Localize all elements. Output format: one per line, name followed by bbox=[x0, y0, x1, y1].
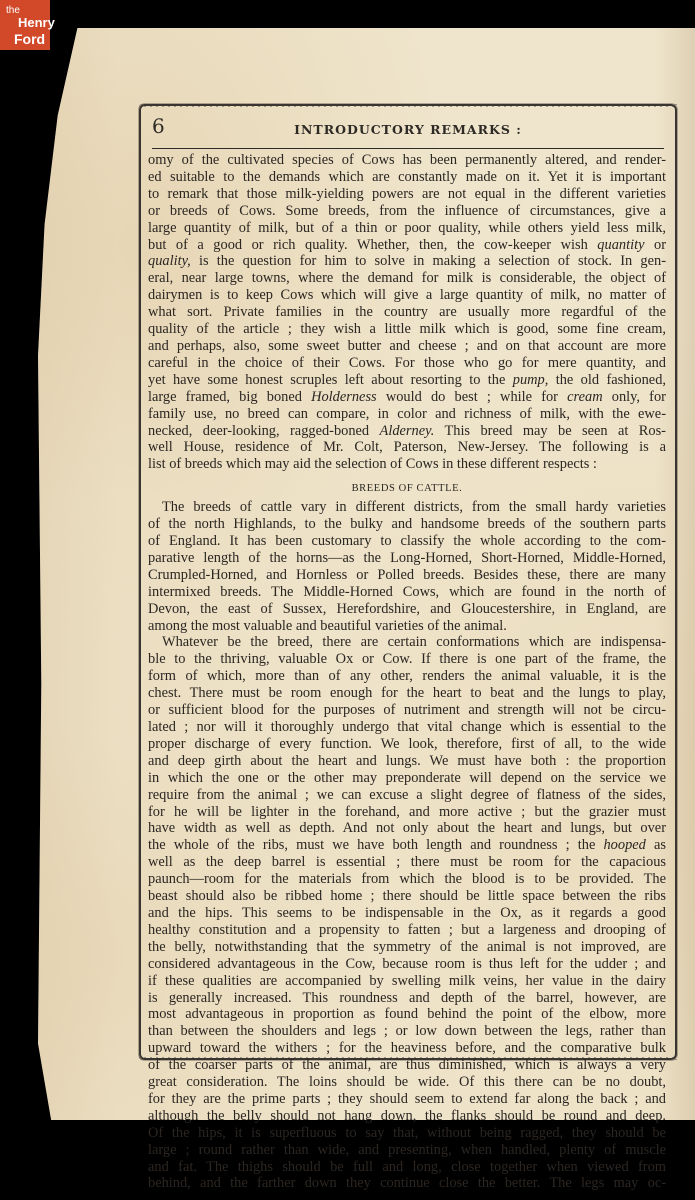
text-run: as bbox=[654, 837, 666, 853]
text-line: omy of the cultivated species of Cows ha… bbox=[148, 152, 666, 169]
text-line: proper discharge of every function. We l… bbox=[148, 736, 666, 753]
henry-ford-logo: the Henry Ford bbox=[0, 0, 50, 50]
text-line: in which the one or the other may prepon… bbox=[148, 770, 666, 787]
text-line: intermixed breeds. The Middle-Horned Cow… bbox=[148, 584, 666, 601]
text-line: although the belly should not hang down,… bbox=[148, 1108, 666, 1125]
text-run: only, for bbox=[612, 389, 666, 405]
page-header: 6 INTRODUCTORY REMARKS : bbox=[152, 114, 664, 149]
text-line: well House, residence of Mr. Colt, Pater… bbox=[148, 439, 666, 456]
text-line: ed suitable to the demands which are con… bbox=[148, 169, 666, 186]
text-run: This breed may be seen at Ros- bbox=[444, 423, 666, 439]
text-line: of the north Highlands, to the bulky and… bbox=[148, 516, 666, 533]
text-line: form of which, more than of any other, r… bbox=[148, 668, 666, 685]
text-line: list of breeds which may aid the selecti… bbox=[148, 456, 666, 473]
italic-term: Holderness bbox=[311, 389, 377, 405]
text-line: and deep girth about the heart and lungs… bbox=[148, 753, 666, 770]
text-run: the old fashioned, bbox=[556, 372, 666, 388]
text-line: family use, no breed can compare, in col… bbox=[148, 406, 666, 423]
text-line: healthy constitution and a propensity to… bbox=[148, 922, 666, 939]
italic-term: quality, bbox=[148, 253, 191, 269]
text-line: among the most valuable and beautiful va… bbox=[148, 618, 666, 635]
text-line: for he will be lighter in the forehand, … bbox=[148, 804, 666, 821]
text-line: Of the hips, it is superfluous to say th… bbox=[148, 1125, 666, 1142]
text-line: require from the animal ; we can excuse … bbox=[148, 787, 666, 804]
text-line: paunch—room for the materials from which… bbox=[148, 871, 666, 888]
section-heading: BREEDS OF CATTLE. bbox=[148, 482, 666, 496]
text-line: chest. There must be room enough for the… bbox=[148, 685, 666, 702]
text-line: behind, and the farther down they contin… bbox=[148, 1175, 666, 1192]
text-line: if these qualities are accompanied by sw… bbox=[148, 973, 666, 990]
text-line: have width as well as depth. And not onl… bbox=[148, 820, 666, 837]
text-line: upward toward the withers ; for the heav… bbox=[148, 1040, 666, 1057]
text-line: of England. It has been customary to cla… bbox=[148, 533, 666, 550]
running-title: INTRODUCTORY REMARKS : bbox=[152, 122, 664, 137]
text-line: and perhaps, also, some sweet butter and… bbox=[148, 338, 666, 355]
text-line: yet have some honest scruples left about… bbox=[148, 372, 666, 389]
text-run: large framed, big boned bbox=[148, 389, 302, 405]
text-line: quality of the article ; they wish a lit… bbox=[148, 321, 666, 338]
text-line: or sufficient blood for the purposes of … bbox=[148, 702, 666, 719]
italic-term: pump, bbox=[513, 372, 549, 388]
text-line: parative length of the horns—as the Long… bbox=[148, 550, 666, 567]
text-line: well as the deep barrel is essential ; t… bbox=[148, 854, 666, 871]
text-line: large framed, big boned Holderness would… bbox=[148, 389, 666, 406]
text-line: The breeds of cattle vary in different d… bbox=[148, 499, 666, 516]
logo-text-ford: Ford bbox=[14, 32, 45, 46]
text-line: Devon, the east of Sussex, Herefordshire… bbox=[148, 601, 666, 618]
text-line: careful in the choice of their Cows. For… bbox=[148, 355, 666, 372]
text-line: large ; round rather than wide, and pres… bbox=[148, 1142, 666, 1159]
text-line: but of a good or rich quality. Whether, … bbox=[148, 237, 666, 254]
text-line: and fat. The thighs should be full and l… bbox=[148, 1159, 666, 1176]
text-line: for they are the prime parts ; they shou… bbox=[148, 1091, 666, 1108]
text-line: and the hips. This seems to be indispens… bbox=[148, 905, 666, 922]
italic-term: Alderney. bbox=[380, 423, 435, 439]
text-line: considered advantageous in the Cow, beca… bbox=[148, 956, 666, 973]
italic-term: hooped bbox=[603, 837, 645, 853]
text-run: necked, deer-looking, ragged-boned bbox=[148, 423, 369, 439]
logo-text-henry: Henry bbox=[18, 16, 55, 29]
text-line: what sort. Private families in the count… bbox=[148, 304, 666, 321]
text-line: to remark that those milk-yielding power… bbox=[148, 186, 666, 203]
text-line: ble to the thriving, valuable Ox or Cow.… bbox=[148, 651, 666, 668]
page-body: omy of the cultivated species of Cows ha… bbox=[148, 152, 666, 1192]
italic-term: quantity bbox=[597, 237, 644, 253]
text-line: than between the shoulders and legs ; or… bbox=[148, 1023, 666, 1040]
text-line: Crumpled-Horned, and Hornless or Polled … bbox=[148, 567, 666, 584]
text-line: large quantity of milk, but of a thin or… bbox=[148, 220, 666, 237]
text-line: lated ; nor will it thoroughly undergo t… bbox=[148, 719, 666, 736]
text-line: Whatever be the breed, there are certain… bbox=[148, 634, 666, 651]
text-run: is the question for him to solve in maki… bbox=[199, 253, 666, 269]
text-line: of the coarser parts of the animal, are … bbox=[148, 1057, 666, 1074]
text-run: but of a good or rich quality. Whether, … bbox=[148, 237, 588, 253]
text-line: most advantageous in proportion as found… bbox=[148, 1006, 666, 1023]
text-line: dairymen is to keep Cows which will give… bbox=[148, 287, 666, 304]
text-line: quality, is the question for him to solv… bbox=[148, 253, 666, 270]
text-line: the belly, notwithstanding that the symm… bbox=[148, 939, 666, 956]
text-line: beast should also be ribbed home ; there… bbox=[148, 888, 666, 905]
text-run: yet have some honest scruples left about… bbox=[148, 372, 505, 388]
text-line: necked, deer-looking, ragged-boned Alder… bbox=[148, 423, 666, 440]
text-run: would do best ; while for bbox=[386, 389, 558, 405]
text-line: eral, near large towns, where the demand… bbox=[148, 270, 666, 287]
text-run: the whole of the ribs, must we have both… bbox=[148, 837, 595, 853]
text-line: great consideration. The loins should be… bbox=[148, 1074, 666, 1091]
text-run: or bbox=[654, 237, 666, 253]
text-line: or breeds of Cows. Some breeds, from the… bbox=[148, 203, 666, 220]
text-line: the whole of the ribs, must we have both… bbox=[148, 837, 666, 854]
text-line: is generally increased. This roundness a… bbox=[148, 990, 666, 1007]
italic-term: cream bbox=[567, 389, 602, 405]
